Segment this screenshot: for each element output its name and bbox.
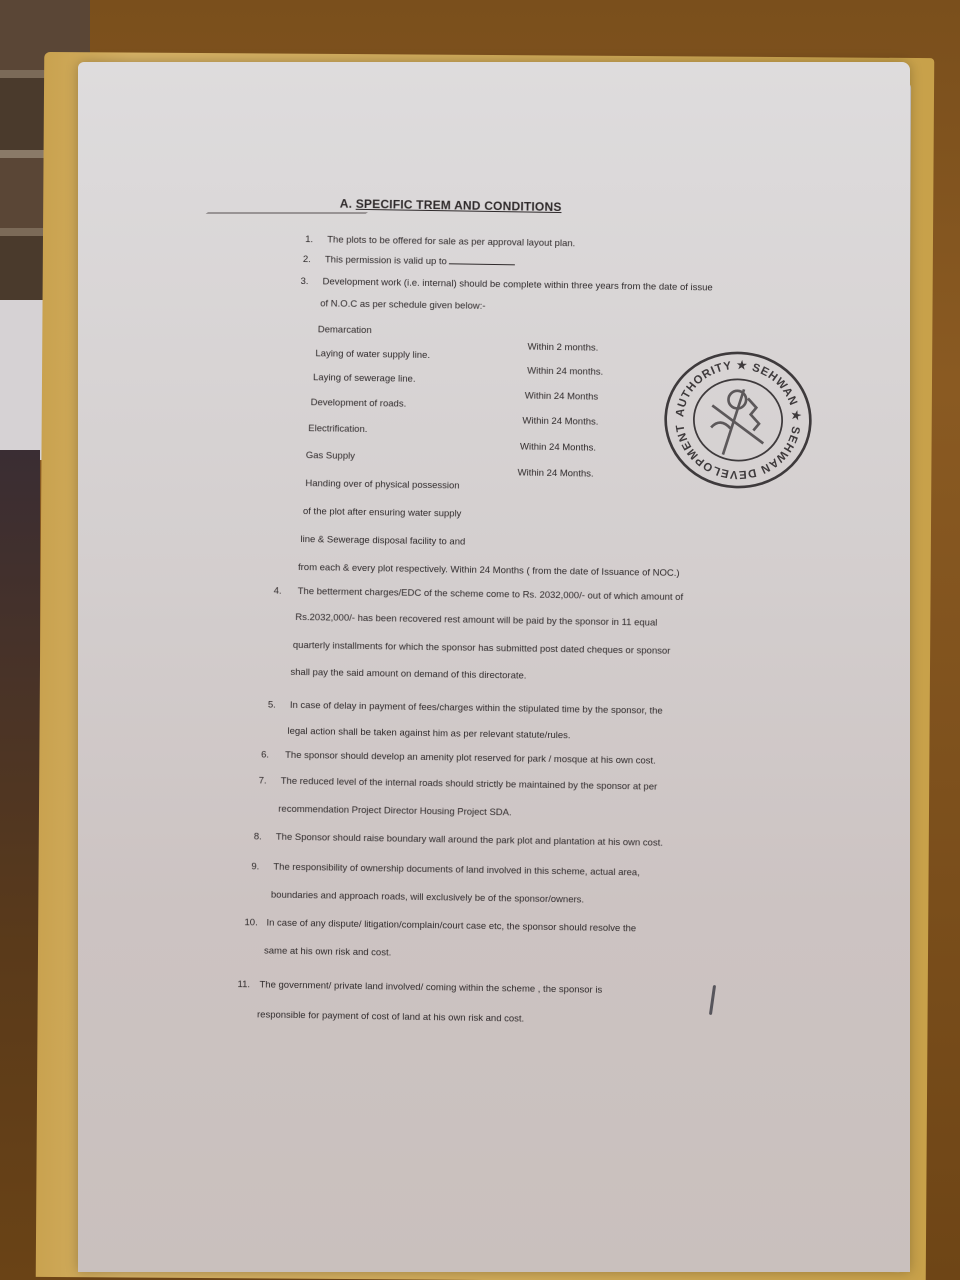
item-number: 4. xyxy=(274,587,290,597)
item-number: 1. xyxy=(305,235,321,245)
item-text: same at his own risk and cost. xyxy=(264,946,391,957)
possession-text: Handing over of physical possession xyxy=(305,479,459,491)
item-number: 6. xyxy=(261,750,277,760)
schedule-deadline: Within 24 Months. xyxy=(520,442,596,453)
background-shadow xyxy=(0,450,40,1280)
official-stamp: AUTHORITY ★ SEHWAN ★ SEHWAN DEVELOPMENT xyxy=(653,341,823,499)
item-number: 3. xyxy=(300,277,316,287)
stamp-seal-icon: AUTHORITY ★ SEHWAN ★ SEHWAN DEVELOPMENT xyxy=(653,341,823,499)
possession-text: of the plot after ensuring water supply xyxy=(303,507,462,519)
item-number: 8. xyxy=(254,832,270,842)
schedule-task: Laying of water supply line. xyxy=(315,349,430,360)
item-text: of N.O.C as per schedule given below:- xyxy=(320,299,485,311)
schedule-task: Gas Supply xyxy=(306,451,355,461)
schedule-deadline: Within 2 months. xyxy=(527,343,598,354)
blank-field xyxy=(449,263,515,265)
schedule-deadline: Within 24 Months xyxy=(525,391,599,402)
item-number: 11. xyxy=(237,980,253,990)
schedule-task: Laying of sewerage line. xyxy=(313,373,416,384)
svg-text:AUTHORITY ★ SEHWAN ★ SEHWAN DE: AUTHORITY ★ SEHWAN ★ SEHWAN DEVELOPMENT xyxy=(671,356,805,483)
schedule-task: Development of roads. xyxy=(311,398,407,409)
schedule-deadline: Within 24 Months. xyxy=(522,416,598,427)
item-number: 9. xyxy=(251,862,267,872)
item-number: 10. xyxy=(244,918,260,928)
schedule-deadline: Within 24 months. xyxy=(527,367,603,378)
item-number: 7. xyxy=(259,776,275,786)
item-number: 2. xyxy=(303,255,319,265)
background-object xyxy=(0,300,45,460)
item-number: 5. xyxy=(268,701,284,711)
possession-text: line & Sewerage disposal facility to and xyxy=(300,535,465,547)
section-heading: A. SPECIFIC TREM AND CONDITIONS xyxy=(340,198,562,213)
schedule-deadline: Within 24 Months. xyxy=(518,468,594,479)
schedule-task: Demarcation xyxy=(318,325,372,335)
schedule-task: Electrification. xyxy=(308,424,367,434)
